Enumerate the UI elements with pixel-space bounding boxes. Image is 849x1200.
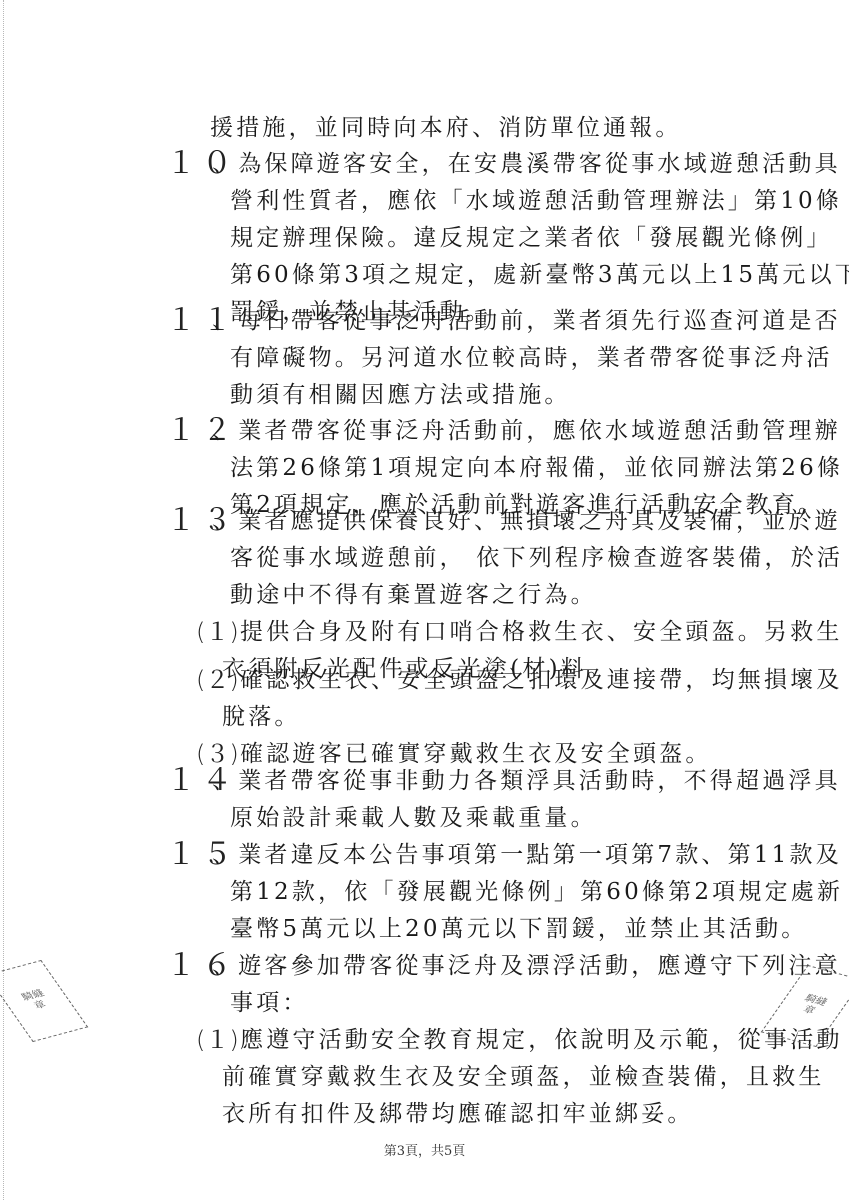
item-13-sub-1-label: (１) xyxy=(196,618,239,646)
item-13-line-1: 、業者應提供保養良好、無損壞之舟具及裝備，並於遊 xyxy=(212,507,841,535)
seam-stamp-left: 騎縫 章 xyxy=(0,960,88,1042)
item-12-line-2: 法第26條第1項規定向本府報備，並依同辦法第26條 xyxy=(230,454,843,482)
item-10-line-3: 規定辦理保險。違反規定之業者依「發展觀光條例」 xyxy=(230,224,833,252)
item-11-line-3: 動須有相關因應方法或措施。 xyxy=(230,381,571,409)
item-16-sub-1-label: (１) xyxy=(196,1026,239,1054)
item-13-sub-3-line-1: 確認遊客已確實穿戴救生衣及安全頭盔。 xyxy=(240,740,712,768)
item-16-sub-1-line-2: 前確實穿戴救生衣及安全頭盔，並檢查裝備，且救生 xyxy=(222,1063,825,1091)
page-footer: 第3頁，共5頁 xyxy=(0,1140,849,1159)
item-13-sub-1-line-1: 提供合身及附有口哨合格救生衣、安全頭盔。另救生 xyxy=(240,618,843,646)
stamp-right-text-2: 章 xyxy=(800,1005,817,1018)
item-16-sub-1-line-1: 應遵守活動安全教育規定，依說明及示範，從事活動 xyxy=(240,1026,843,1054)
document-page: 援措施，並同時向本府、消防單位通報。 １０ 、為保障遊客安全，在安農溪帶客從事水… xyxy=(0,0,849,1200)
item-16-line-2: 事項： xyxy=(230,989,309,1017)
lead-line: 援措施，並同時向本府、消防單位通報。 xyxy=(210,114,682,142)
item-10-line-4: 第60條第3項之規定，處新臺幣3萬元以上15萬元以下 xyxy=(230,261,849,289)
item-16-sub-1-line-3: 衣所有扣件及綁帶均應確認扣牢並綁妥。 xyxy=(222,1100,694,1128)
item-13-line-2: 客從事水域遊憩前， 依下列程序檢查遊客裝備，於活 xyxy=(230,544,843,572)
item-15-line-1: 、業者違反本公告事項第一點第一項第7款、第11款及 xyxy=(212,841,842,869)
stamp-left-text-2: 章 xyxy=(32,1000,49,1013)
item-13-sub-2-label: (２) xyxy=(196,666,239,694)
item-16-line-1: 、遊客參加帶客從事泛舟及漂浮活動，應遵守下列注意 xyxy=(212,952,841,980)
item-13-line-3: 動途中不得有棄置遊客之行為。 xyxy=(230,581,597,609)
item-13-sub-2-line-1: 確認救生衣、安全頭盔之扣環及連接帶，均無損壞及 xyxy=(240,666,843,694)
item-10-line-2: 營利性質者，應依「水域遊憩活動管理辦法」第10條 xyxy=(230,187,842,215)
item-14-line-2: 原始設計乘載人數及乘載重量。 xyxy=(230,804,597,832)
item-10-line-1: 、為保障遊客安全，在安農溪帶客從事水域遊憩活動具 xyxy=(212,150,841,178)
item-13-sub-2-line-2: 脫落。 xyxy=(222,703,301,731)
item-15-line-2: 第12款，依「發展觀光條例」第60條第2項規定處新 xyxy=(230,878,843,906)
item-14-line-1: 、業者帶客從事非動力各類浮具活動時，不得超過浮具 xyxy=(212,767,841,795)
item-15-line-3: 臺幣5萬元以上20萬元以下罰鍰，並禁止其活動。 xyxy=(230,915,808,943)
item-12-line-1: 、業者帶客從事泛舟活動前，應依水域遊憩活動管理辦 xyxy=(212,417,841,445)
item-11-line-1: 、每日帶客從事泛舟活動前，業者須先行巡查河道是否 xyxy=(212,307,841,335)
item-11-line-2: 有障礙物。另河道水位較高時，業者帶客從事泛舟活 xyxy=(230,344,833,372)
